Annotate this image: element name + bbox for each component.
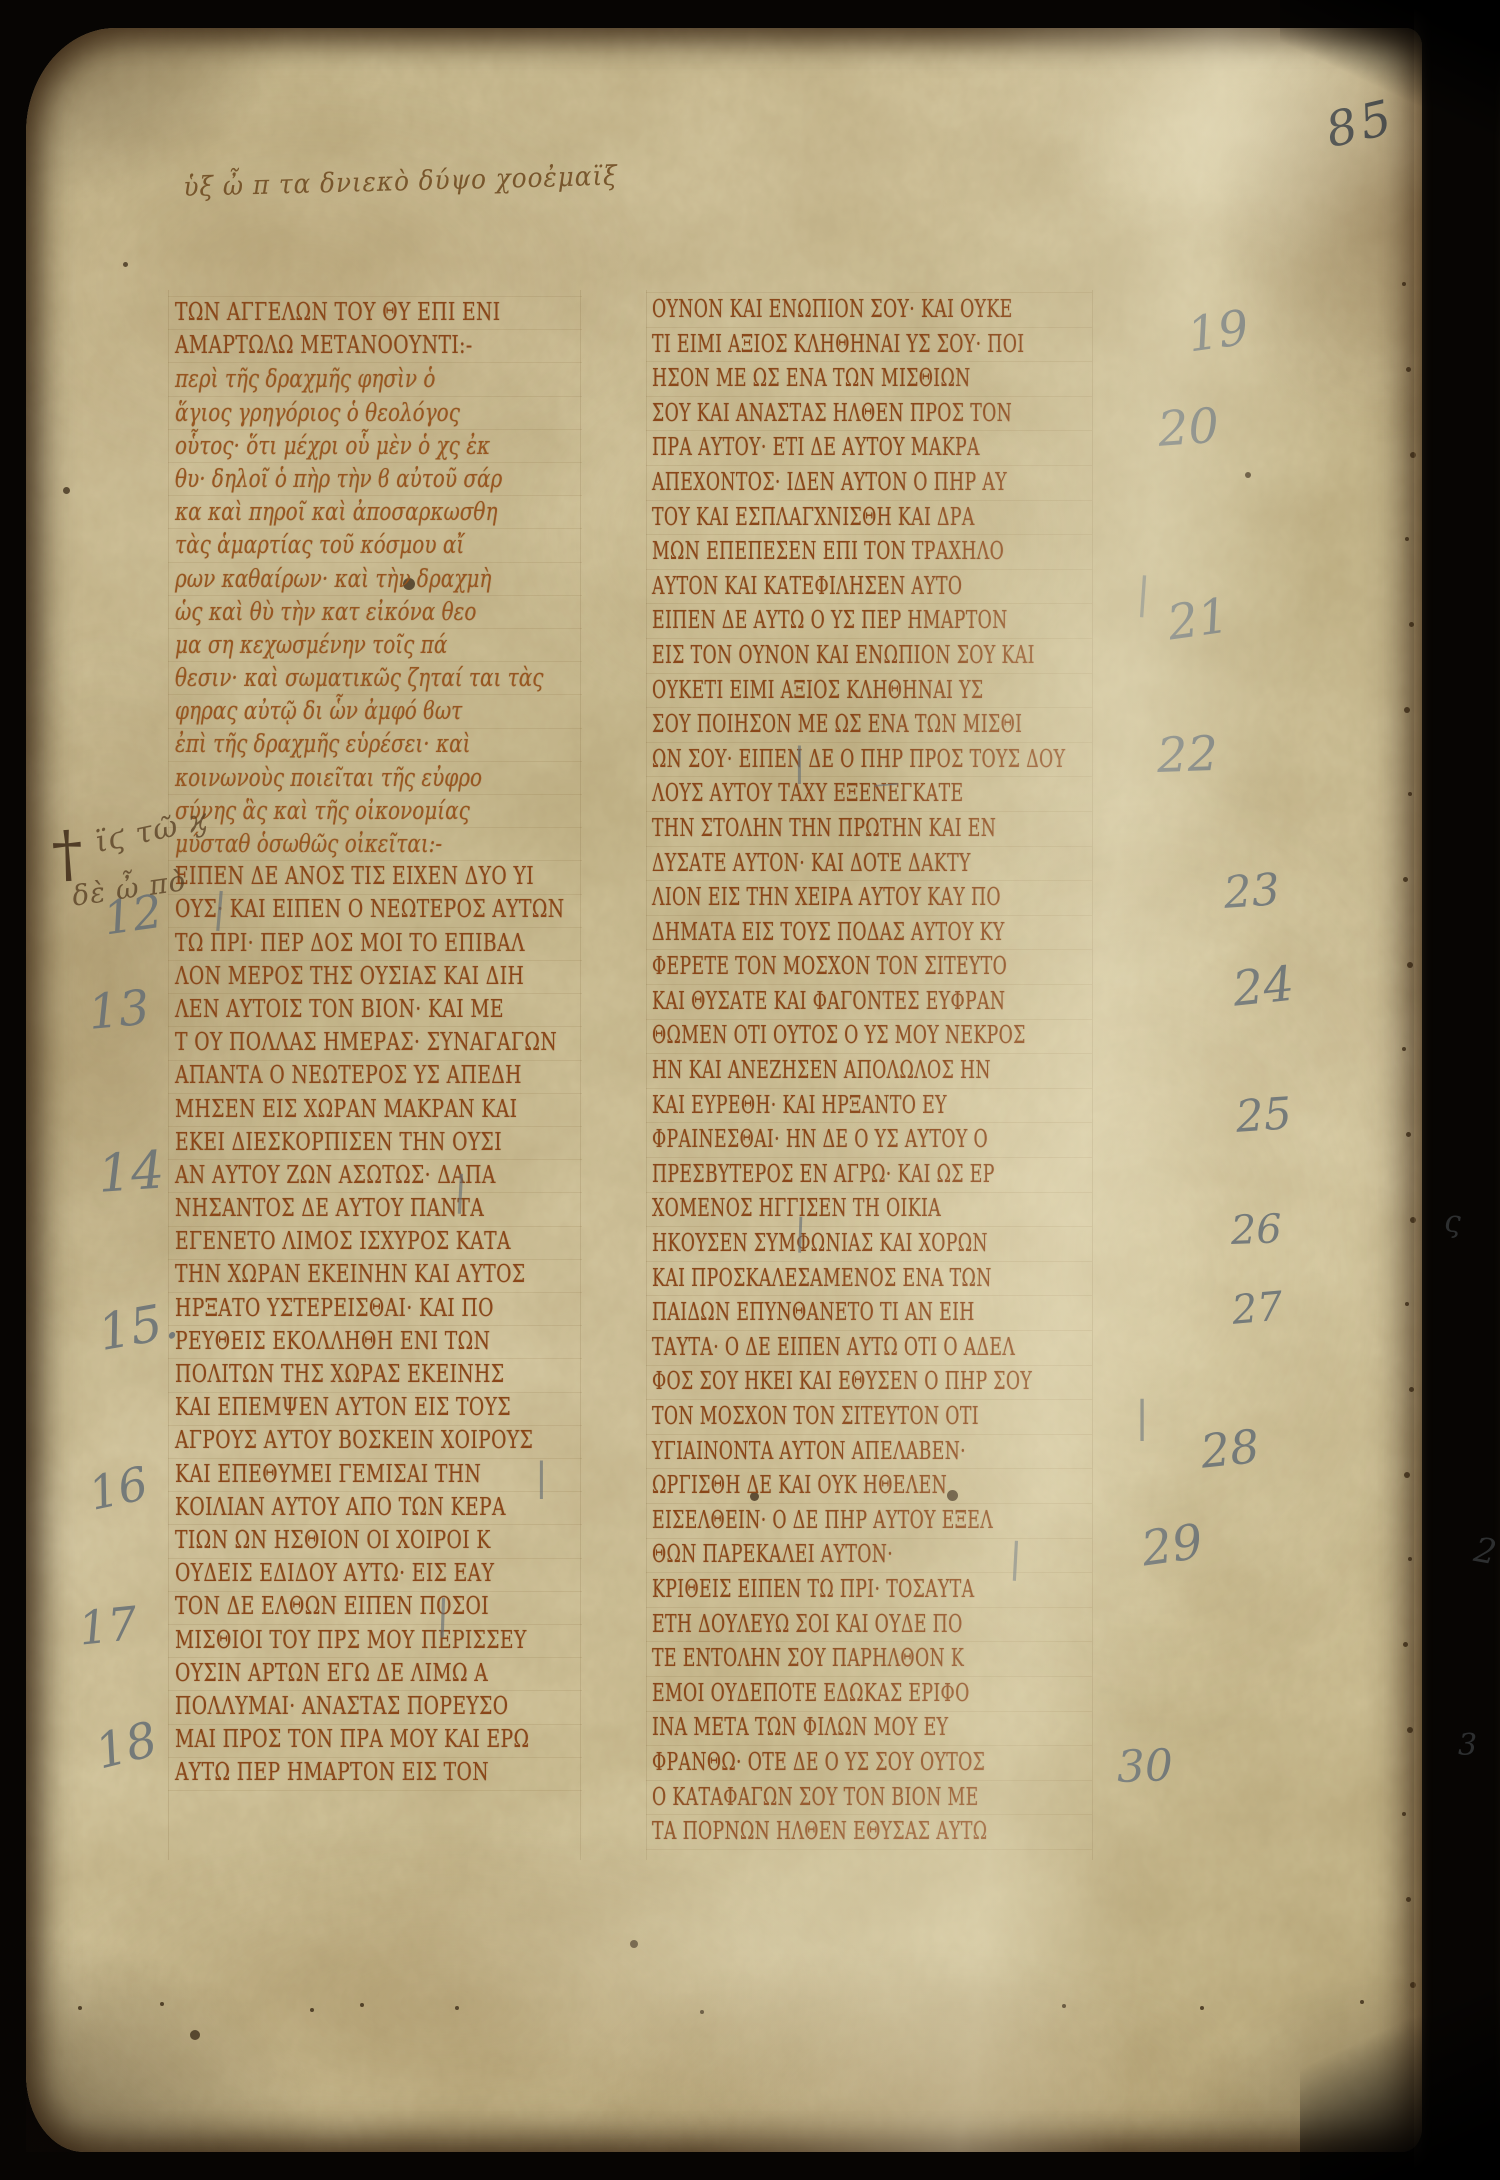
text-line: ΣΟΥ ΚΑΙ ΑΝΑΣΤΑΣ ΗΛΘΕΝ ΠΡΟΣ ΤΟΝ	[652, 396, 972, 431]
text-line: ΟΥΝΟΝ ΚΑΙ ΕΝΩΠΙΟΝ ΣΟΥ· ΚΑΙ ΟΥΚΕ	[652, 292, 972, 327]
commentary-line: κοινωνοὺς ποιεῖται τῆς εὐφρο	[175, 761, 503, 794]
text-line: ΟΥΚΕΤΙ ΕΙΜΙ ΑΞΙΟΣ ΚΛΗΘΗΝΑΙ ΥΣ	[652, 673, 972, 708]
margin-annotation: 2	[1471, 1530, 1499, 1573]
text-line: ΠΑΙΔΩΝ ΕΠΥΝΘΑΝΕΤΟ ΤΙ ΑΝ ΕΙΗ	[652, 1295, 972, 1330]
text-line: ΚΡΙΘΕΙΣ ΕΙΠΕΝ ΤΩ ΠΡΙ· ΤΟΣΑΥΤΑ	[652, 1572, 972, 1607]
margin-annotation: |	[535, 1455, 548, 1499]
margin-annotation: |	[453, 1168, 469, 1215]
text-line: ΑΥΤΟΝ ΚΑΙ ΚΑΤΕΦΙΛΗΣΕΝ ΑΥΤΟ	[652, 569, 972, 604]
text-line: ΡΕΥΘΕΙΣ ΕΚΟΛΛΗΘΗ ΕΝΙ ΤΩΝ	[175, 1325, 495, 1358]
text-line: Τ ΟΥ ΠΟΛΛΑΣ ΗΜΕΡΑΣ· ΣΥΝΑΓΑΓΩΝ	[175, 1026, 495, 1059]
commentary-line: ἐπὶ τῆς δραχμῆς εὑρέσει· καὶ	[175, 727, 503, 760]
commentary-line: θεσιν· καὶ σωματικῶς ζηταί ται τὰς	[175, 661, 503, 694]
margin-annotation: 27	[1230, 1284, 1285, 1334]
right-gospel-block: ΟΥΝΟΝ ΚΑΙ ΕΝΩΠΙΟΝ ΣΟΥ· ΚΑΙ ΟΥΚΕΤΙ ΕΙΜΙ Α…	[652, 292, 1097, 1849]
text-line: ΦΡΑΙΝΕΣΘΑΙ· ΗΝ ΔΕ Ο ΥΣ ΑΥΤΟΥ Ο	[652, 1122, 972, 1157]
text-line: ΕΙΠΕΝ ΔΕ ΑΥΤΩ Ο ΥΣ ΠΕΡ ΗΜΑΡΤΟΝ	[652, 603, 972, 638]
text-line: ΑΓΡΟΥΣ ΑΥΤΟΥ ΒΟΣΚΕΙΝ ΧΟΙΡΟΥΣ	[175, 1424, 495, 1457]
text-line: ΤΗΝ ΧΩΡΑΝ ΕΚΕΙΝΗΝ ΚΑΙ ΑΥΤΟΣ	[175, 1258, 495, 1291]
text-line: ΤΩΝ ΑΓΓΕΛΩΝ ΤΟΥ ΘΥ ΕΠΙ ΕΝΙ	[175, 296, 495, 329]
text-line: ΤΕ ΕΝΤΟΛΗΝ ΣΟΥ ΠΑΡΗΛΘΟΝ Κ	[652, 1641, 972, 1676]
text-line: ΜΑΙ ΠΡΟΣ ΤΟΝ ΠΡΑ ΜΟΥ ΚΑΙ ΕΡΩ	[175, 1723, 495, 1756]
text-line: ΕΜΟΙ ΟΥΔΕΠΟΤΕ ΕΔΩΚΑΣ ΕΡΙΦΟ	[652, 1676, 972, 1711]
text-line: ΤΙΩΝ ΩΝ ΗΣΘΙΟΝ ΟΙ ΧΟΙΡΟΙ Κ	[175, 1524, 495, 1557]
text-line: ΗΡΞΑΤΟ ΥΣΤΕΡΕΙΣΘΑΙ· ΚΑΙ ΠΟ	[175, 1292, 495, 1325]
text-line: ΜΗΣΕΝ ΕΙΣ ΧΩΡΑΝ ΜΑΚΡΑΝ ΚΑΙ	[175, 1093, 495, 1126]
text-line: ΤΙ ΕΙΜΙ ΑΞΙΟΣ ΚΛΗΘΗΝΑΙ ΥΣ ΣΟΥ· ΠΟΙ	[652, 327, 972, 362]
commentary-line: ὡς καὶ θὺ τὴν κατ εἰκόνα θεο	[175, 595, 503, 628]
text-line: ΧΟΜΕΝΟΣ ΗΓΓΙΣΕΝ ΤΗ ΟΙΚΙΑ	[652, 1191, 972, 1226]
margin-annotation: |	[435, 1592, 450, 1638]
margin-annotation: 3	[1458, 1728, 1477, 1763]
margin-annotation: 25	[1234, 1088, 1293, 1143]
left-intro-block: ΤΩΝ ΑΓΓΕΛΩΝ ΤΟΥ ΘΥ ΕΠΙ ΕΝΙΑΜΑΡΤΩΛΩ ΜΕΤΑΝ…	[175, 296, 585, 362]
margin-annotation: 21	[1164, 587, 1232, 651]
text-line: ΝΗΣΑΝΤΟΣ ΔΕ ΑΥΤΟΥ ΠΑΝΤΑ	[175, 1192, 495, 1225]
text-line: ΘΩΝ ΠΑΡΕΚΑΛΕΙ ΑΥΤΟΝ·	[652, 1537, 972, 1572]
text-line: ΘΩΜΕΝ ΟΤΙ ΟΥΤΟΣ Ο ΥΣ ΜΟΥ ΝΕΚΡΟΣ	[652, 1018, 972, 1053]
text-line: Ο ΚΑΤΑΦΑΓΩΝ ΣΟΥ ΤΟΝ ΒΙΟΝ ΜΕ	[652, 1780, 972, 1815]
text-line: ΛΙΟΝ ΕΙΣ ΤΗΝ ΧΕΙΡΑ ΑΥΤΟΥ ΚΑΥ ΠΟ	[652, 880, 972, 915]
left-text-column: ΤΩΝ ΑΓΓΕΛΩΝ ΤΟΥ ΘΥ ΕΠΙ ΕΝΙΑΜΑΡΤΩΛΩ ΜΕΤΑΝ…	[175, 296, 585, 1789]
margin-annotation: 28	[1198, 1419, 1262, 1479]
margin-annotation: |	[794, 1212, 808, 1253]
text-line: ΦΕΡΕΤΕ ΤΟΝ ΜΟΣΧΟΝ ΤΟΝ ΣΙΤΕΥΤΟ	[652, 949, 972, 984]
text-line: ΚΑΙ ΕΠΕΜΨΕΝ ΑΥΤΟΝ ΕΙΣ ΤΟΥΣ	[175, 1391, 495, 1424]
text-line: ΚΑΙ ΕΥΡΕΘΗ· ΚΑΙ ΗΡΞΑΝΤΟ ΕΥ	[652, 1088, 972, 1123]
margin-annotation: —	[872, 768, 901, 800]
commentary-line: μύσταθ ὁσωθῶς οἰκεῖται:-	[175, 827, 503, 860]
text-line: ΦΟΣ ΣΟΥ ΗΚΕΙ ΚΑΙ ΕΘΥΣΕΝ Ο ΠΗΡ ΣΟΥ	[652, 1364, 972, 1399]
margin-annotation: 26	[1230, 1206, 1282, 1254]
margin-annotation: 24	[1230, 956, 1297, 1018]
text-line: ΚΑΙ ΘΥΣΑΤΕ ΚΑΙ ΦΑΓΟΝΤΕΣ ΕΥΦΡΑΝ	[652, 984, 972, 1019]
margin-annotation: |	[1008, 1535, 1024, 1582]
text-line: ΩΡΓΙΣΘΗ ΔΕ ΚΑΙ ΟΥΚ ΗΘΕΛΕΝ	[652, 1468, 972, 1503]
text-line: ΕΓΕΝΕΤΟ ΛΙΜΟΣ ΙΣΧΥΡΟΣ ΚΑΤΑ	[175, 1225, 495, 1258]
text-line: ΑΠΕΧΟΝΤΟΣ· ΙΔΕΝ ΑΥΤΟΝ Ο ΠΗΡ ΑΥ	[652, 465, 972, 500]
text-line: ΤΟΝ ΜΟΣΧΟΝ ΤΟΝ ΣΙΤΕΥΤΟΝ ΟΤΙ	[652, 1399, 972, 1434]
commentary-line: θυ· δηλοῖ ὁ πὴρ τὴν ϐ αὐτοῦ σάρ	[175, 462, 503, 495]
commentary-line: ἅγιος γρηγόριος ὁ θεολόγος	[175, 396, 503, 429]
text-line: ΑΜΑΡΤΩΛΩ ΜΕΤΑΝΟΟΥΝΤΙ:-	[175, 329, 495, 362]
text-line: ΙΝΑ ΜΕΤΑ ΤΩΝ ΦΙΛΩΝ ΜΟΥ ΕΥ	[652, 1710, 972, 1745]
text-line: ΣΟΥ ΠΟΙΗΣΟΝ ΜΕ ΩΣ ΕΝΑ ΤΩΝ ΜΙΣΘΙ	[652, 707, 972, 742]
text-line: ΑΝ ΑΥΤΟΥ ΖΩΝ ΑΣΩΤΩΣ· ΔΑΠΑ	[175, 1159, 495, 1192]
margin-annotation: 20	[1156, 398, 1221, 458]
photo-stage: ὑξ ὦ π τα δνιεκὸ δύψο χοοἐμαϊξ 85 ΤΩΝ ΑΓ…	[0, 0, 1500, 2180]
text-line: ΠΡΕΣΒΥΤΕΡΟΣ ΕΝ ΑΓΡΩ· ΚΑΙ ΩΣ ΕΡ	[652, 1157, 972, 1192]
text-line: ΟΥΣΙΝ ΑΡΤΩΝ ΕΓΩ ΔΕ ΛΙΜΩ Α	[175, 1657, 495, 1690]
margin-annotation: 14	[96, 1140, 166, 1204]
text-line: ΗΣΟΝ ΜΕ ΩΣ ΕΝΑ ΤΩΝ ΜΙΣΘΙΩΝ	[652, 361, 972, 396]
text-line: ΛΕΝ ΑΥΤΟΙΣ ΤΟΝ ΒΙΟΝ· ΚΑΙ ΜΕ	[175, 993, 495, 1026]
text-line: ΗΝ ΚΑΙ ΑΝΕΖΗΣΕΝ ΑΠΟΛΩΛΟΣ ΗΝ	[652, 1053, 972, 1088]
text-line: ΦΡΑΝΘΩ· ΟΤΕ ΔΕ Ο ΥΣ ΣΟΥ ΟΥΤΟΣ	[652, 1745, 972, 1780]
text-line: ΜΩΝ ΕΠΕΠΕΣΕΝ ΕΠΙ ΤΟΝ ΤΡΑΧΗΛΟ	[652, 534, 972, 569]
text-line: ΤΗΝ ΣΤΟΛΗΝ ΤΗΝ ΠΡΩΤΗΝ ΚΑΙ ΕΝ	[652, 811, 972, 846]
commentary-line: ρων καθαίρων· καὶ τὴν δραχμὴ	[175, 562, 503, 595]
text-line: ΗΚΟΥΣΕΝ ΣΥΜΦΩΝΙΑΣ ΚΑΙ ΧΟΡΩΝ	[652, 1226, 972, 1261]
commentary-line: οὗτος· ὅτι μέχρι οὗ μὲν ὁ χς ἐκ	[175, 429, 503, 462]
margin-annotation: |	[1135, 1392, 1149, 1441]
margin-annotation: 30	[1116, 1740, 1174, 1793]
text-line: ΕΙΣ ΤΟΝ ΟΥΝΟΝ ΚΑΙ ΕΝΩΠΙΟΝ ΣΟΥ ΚΑΙ	[652, 638, 972, 673]
commentary-line: σύνης ἃς καὶ τῆς οἰκονομίας	[175, 794, 503, 827]
margin-annotation: 23	[1222, 864, 1281, 919]
text-line: ΠΟΛΙΤΩΝ ΤΗΣ ΧΩΡΑΣ ΕΚΕΙΝΗΣ	[175, 1358, 495, 1391]
text-line: ΠΟΛΛΥΜΑΙ· ΑΝΑΣΤΑΣ ΠΟΡΕΥΣΟ	[175, 1690, 495, 1723]
text-line: ΩΝ ΣΟΥ· ΕΙΠΕΝ ΔΕ Ο ΠΗΡ ΠΡΟΣ ΤΟΥΣ ΔΟΥ	[652, 742, 972, 777]
book-fore-edge	[1414, 0, 1500, 2180]
text-line: ΑΥΤΩ ΠΕΡ ΗΜΑΡΤΟΝ ΕΙΣ ΤΟΝ	[175, 1756, 495, 1789]
margin-annotation: |	[793, 740, 806, 784]
text-line: ΥΓΙΑΙΝΟΝΤΑ ΑΥΤΟΝ ΑΠΕΛΑΒΕΝ·	[652, 1434, 972, 1469]
text-line: ΛΟΥΣ ΑΥΤΟΥ ΤΑΧΥ ΕΞΕΝΕΓΚΑΤΕ	[652, 776, 972, 811]
text-line: ΑΠΑΝΤΑ Ο ΝΕΩΤΕΡΟΣ ΥΣ ΑΠΕΔΗ	[175, 1059, 495, 1092]
text-line: ΔΗΜΑΤΑ ΕΙΣ ΤΟΥΣ ΠΟΔΑΣ ΑΥΤΟΥ ΚΥ	[652, 915, 972, 950]
text-line: ΤΑ ΠΟΡΝΩΝ ΗΛΘΕΝ ΕΘΥΣΑΣ ΑΥΤΩ	[652, 1814, 972, 1849]
text-line: ΤΑΥΤΑ· Ο ΔΕ ΕΙΠΕΝ ΑΥΤΩ ΟΤΙ Ο ΑΔΕΛ	[652, 1330, 972, 1365]
text-line: ΚΑΙ ΕΠΕΘΥΜΕΙ ΓΕΜΙΣΑΙ ΤΗΝ	[175, 1458, 495, 1491]
text-line: ΟΥΔΕΙΣ ΕΔΙΔΟΥ ΑΥΤΩ· ΕΙΣ ΕΑΥ	[175, 1557, 495, 1590]
left-commentary-block: περὶ τῆς δραχμῆς φησὶν ὁἅγιος γρηγόριος …	[175, 362, 585, 860]
commentary-line: περὶ τῆς δραχμῆς φησὶν ὁ	[175, 362, 503, 395]
text-line: ΤΟΥ ΚΑΙ ΕΣΠΛΑΓΧΝΙΣΘΗ ΚΑΙ ΔΡΑ	[652, 500, 972, 535]
margin-annotation: ς	[1444, 1205, 1461, 1240]
commentary-line: μα ση κεχωσμένην τοῖς πά	[175, 628, 503, 661]
text-line: ΚΟΙΛΙΑΝ ΑΥΤΟΥ ΑΠΟ ΤΩΝ ΚΕΡΑ	[175, 1491, 495, 1524]
text-line: ΛΟΝ ΜΕΡΟΣ ΤΗΣ ΟΥΣΙΑΣ ΚΑΙ ΔΙΗ	[175, 960, 495, 993]
margin-annotation: 29	[1138, 1513, 1206, 1577]
text-line: ΕΚΕΙ ΔΙΕΣΚΟΡΠΙΣΕΝ ΤΗΝ ΟΥΣΙ	[175, 1126, 495, 1159]
text-line: ΚΑΙ ΠΡΟΣΚΑΛΕΣΑΜΕΝΟΣ ΕΝΑ ΤΩΝ	[652, 1261, 972, 1296]
margin-annotation: 22	[1156, 726, 1219, 784]
margin-annotation: 19	[1184, 299, 1252, 363]
manuscript-photo-page: { "page": { "folio_number": "85", "descr…	[0, 0, 1500, 2180]
margin-annotation: 13	[86, 980, 152, 1041]
right-text-column: ΟΥΝΟΝ ΚΑΙ ΕΝΩΠΙΟΝ ΣΟΥ· ΚΑΙ ΟΥΚΕΤΙ ΕΙΜΙ Α…	[652, 292, 1097, 1849]
commentary-line: κα καὶ πηροῖ καὶ ἀποσαρκωσθη	[175, 495, 503, 528]
margin-annotation: 17	[76, 1596, 140, 1656]
text-line: ΕΤΗ ΔΟΥΛΕΥΩ ΣΟΙ ΚΑΙ ΟΥΔΕ ΠΟ	[652, 1607, 972, 1642]
left-gospel-block: ΕΙΠΕΝ ΔΕ ΑΝΟΣ ΤΙΣ ΕΙΧΕΝ ΔΥΟ ΥΙΟΥΣ· ΚΑΙ Ε…	[175, 860, 585, 1789]
commentary-line: τὰς ἁμαρτίας τοῦ κόσμου αἴ	[175, 528, 503, 561]
text-line: ΠΡΑ ΑΥΤΟΥ· ΕΤΙ ΔΕ ΑΥΤΟΥ ΜΑΚΡΑ	[652, 430, 972, 465]
text-line: ΕΙΣΕΛΘΕΙΝ· Ο ΔΕ ΠΗΡ ΑΥΤΟΥ ΕΞΕΛ	[652, 1503, 972, 1538]
commentary-line: φηρας αὐτῷ δι ὧν ἀμφό ϐωτ	[175, 694, 503, 727]
text-line: ΔΥΣΑΤΕ ΑΥΤΟΝ· ΚΑΙ ΔΟΤΕ ΔΑΚΤΥ	[652, 846, 972, 881]
